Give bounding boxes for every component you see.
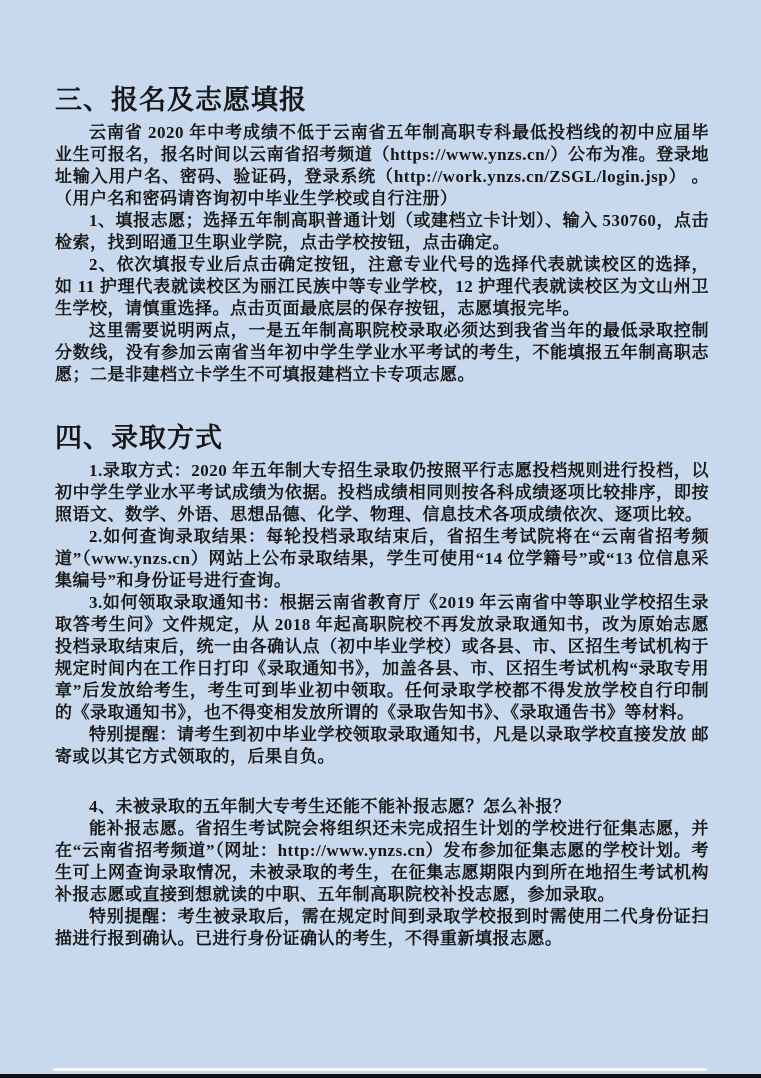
paragraph-admission-reminder-2: 特别提醒：考生被录取后，需在规定时间到录取学校报到时需使用二代身份证扫描进行报到… (55, 906, 709, 950)
paragraph-admission-supplementary-answer: 能补报志愿。省招生考试院会将组织还未完成招生计划的学校进行征集志愿，并在“云南省… (55, 818, 709, 906)
footer-rule (53, 1068, 707, 1071)
paragraph-registration-notes: 这里需要说明两点，一是五年制高职院校录取必须达到我省当年的最低录取控制分数线，没… (55, 320, 709, 386)
paragraph-admission-method: 1.录取方式：2020 年五年制大专招生录取仍按照平行志愿投档规则进行投档，以初… (55, 460, 709, 526)
paragraph-registration-step2: 2、依次填报专业后点击确定按钮，注意专业代号的选择代表就读校区的选择，如 11 … (55, 254, 709, 320)
paragraph-admission-supplementary-question: 4、未被录取的五年制大专考生还能不能补报志愿？怎么补报？ (55, 796, 709, 818)
paragraph-admission-query-results: 2.如何查询录取结果：每轮投档录取结束后，省招生考试院将在“云南省招考频道”（w… (55, 526, 709, 592)
document-content: 三、报名及志愿填报 云南省 2020 年中考成绩不低于云南省五年制高职专科最低投… (55, 84, 709, 950)
paragraph-admission-notice-letter: 3.如何领取录取通知书：根据云南省教育厅《2019 年云南省中等职业学校招生录取… (55, 592, 709, 724)
paragraph-registration-step1: 1、填报志愿；选择五年制高职普通计划（或建档立卡计划）、输入 530760，点击… (55, 210, 709, 254)
paragraph-registration-intro: 云南省 2020 年中考成绩不低于云南省五年制高职专科最低投档线的初中应届毕业生… (55, 122, 709, 210)
document-page: 三、报名及志愿填报 云南省 2020 年中考成绩不低于云南省五年制高职专科最低投… (0, 0, 761, 1074)
section-heading-admission: 四、录取方式 (55, 422, 709, 454)
section-heading-registration: 三、报名及志愿填报 (55, 84, 709, 116)
paragraph-admission-reminder-1: 特别提醒：请考生到初中毕业学校领取录取通知书，凡是以录取学校直接发放 邮寄或以其… (55, 724, 709, 768)
